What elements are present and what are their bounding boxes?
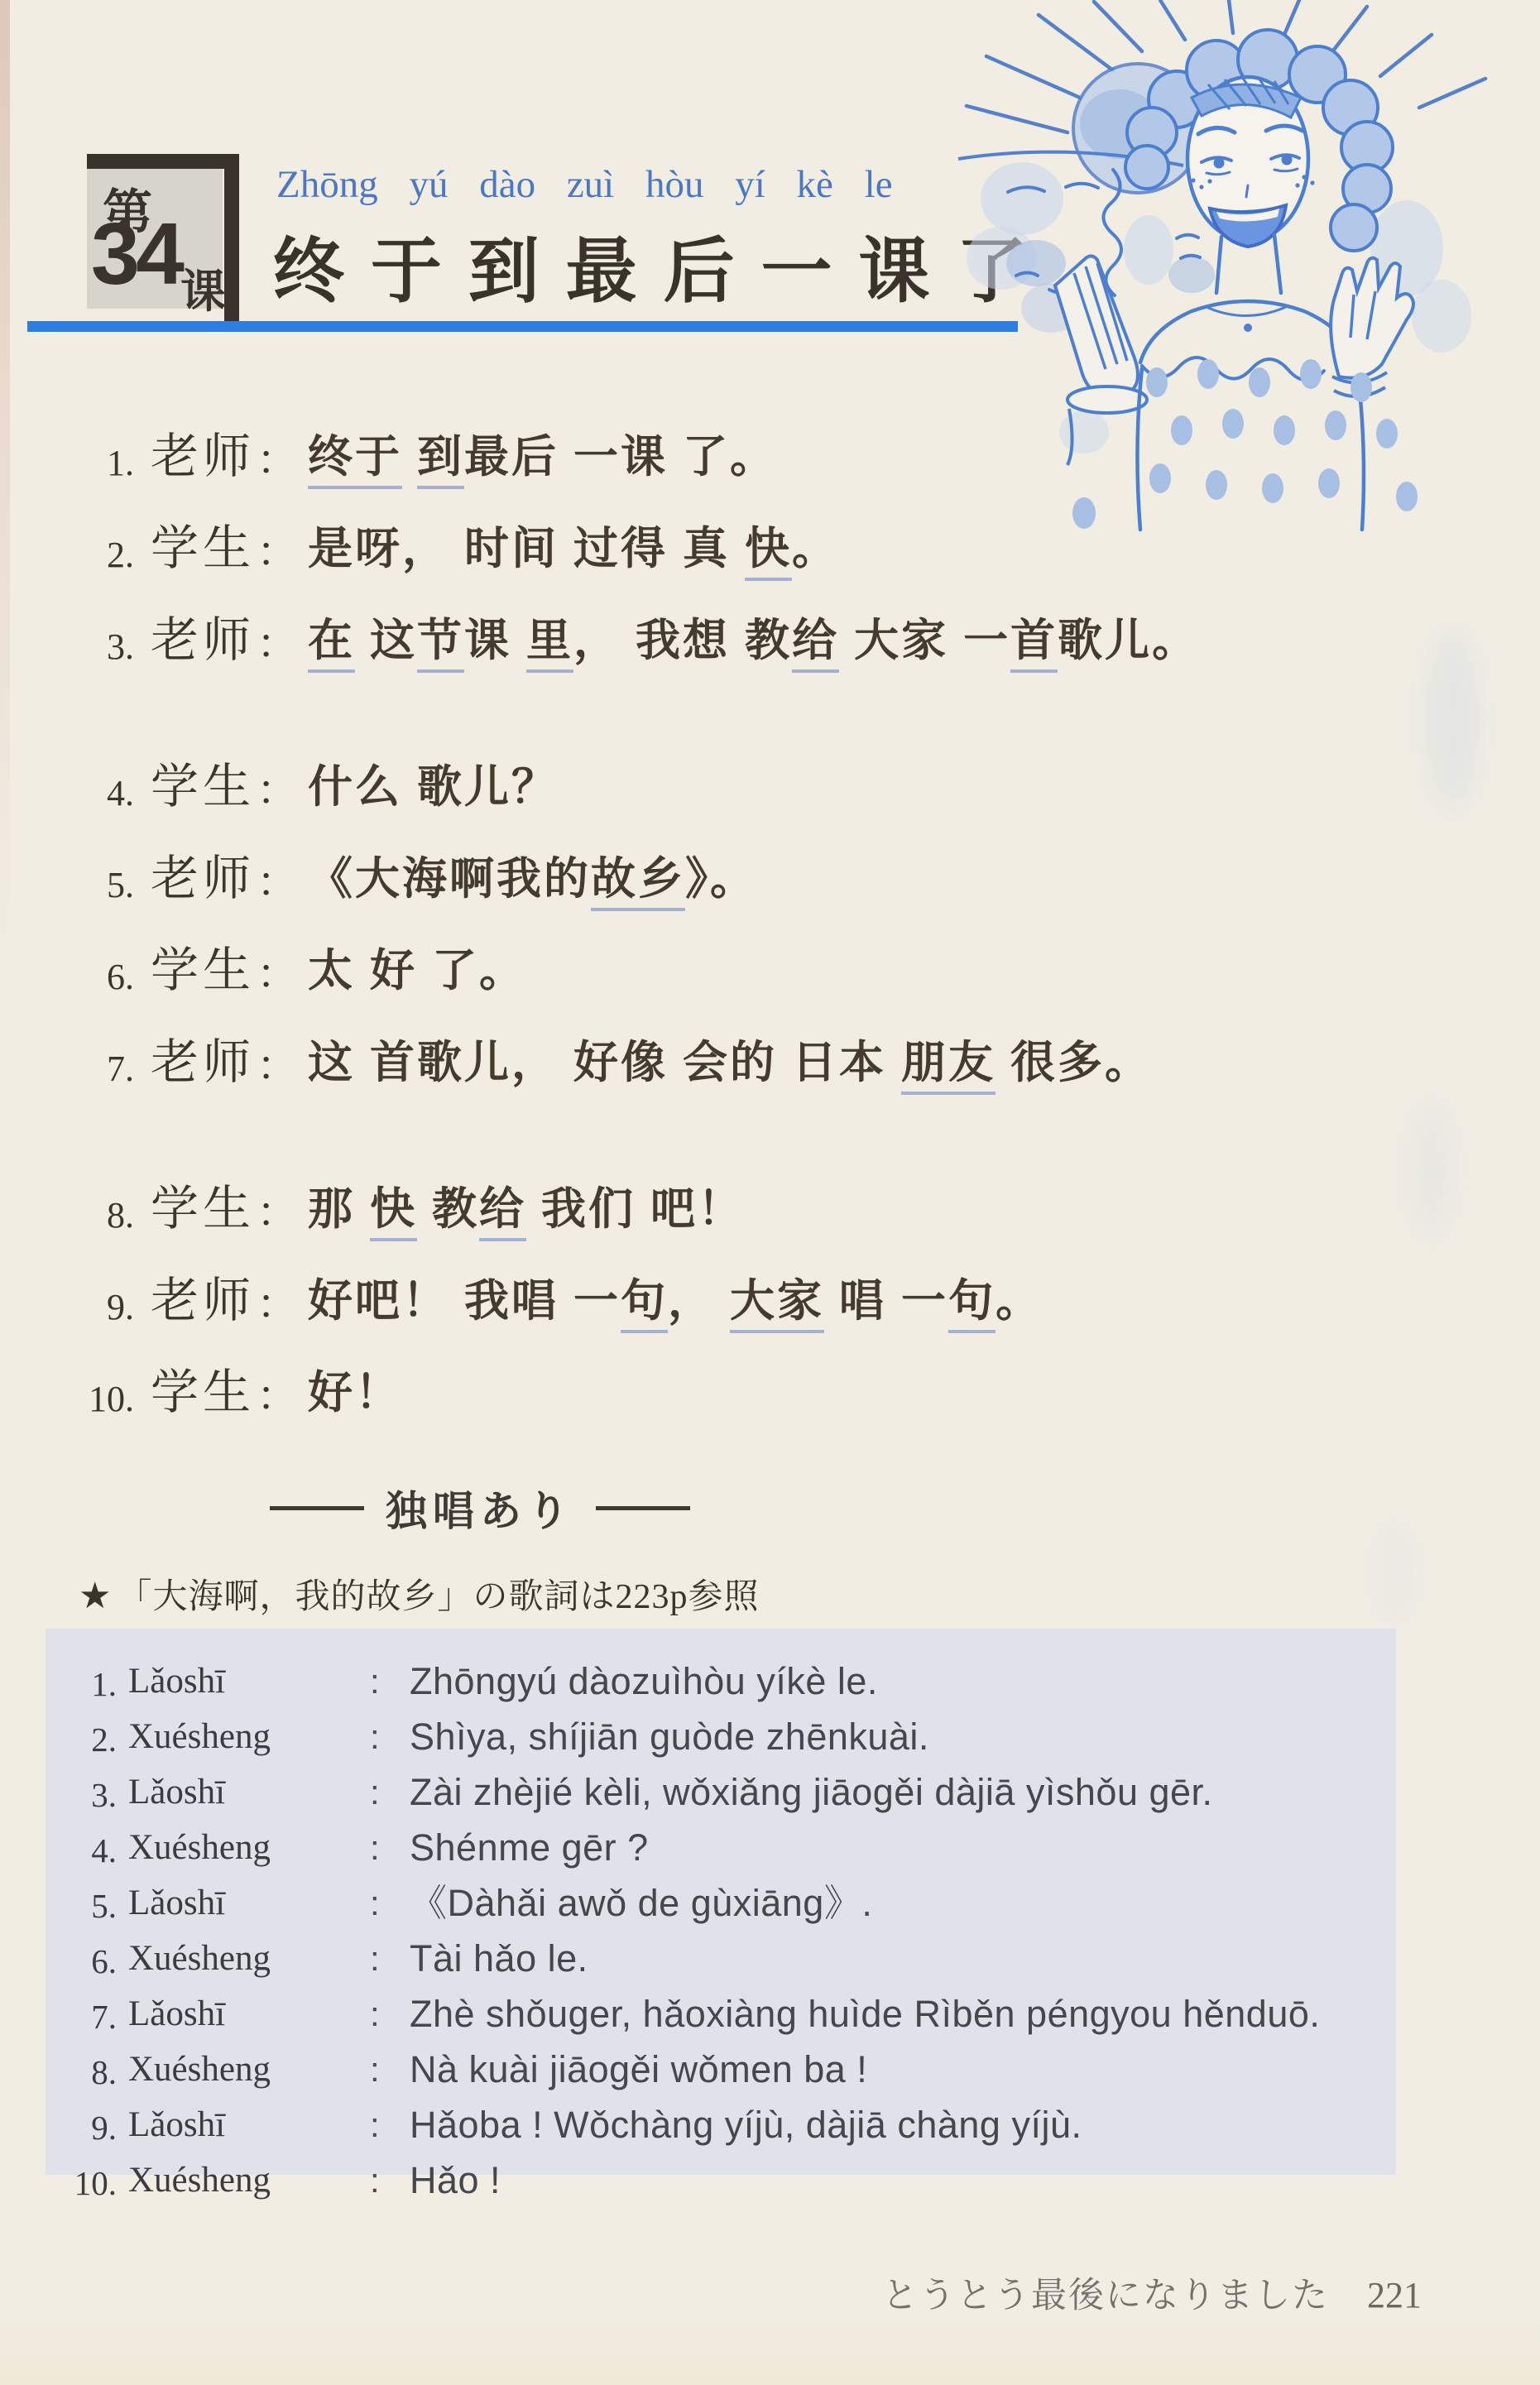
pinyin-line: 10.Xuésheng:Hǎo !	[46, 2161, 1396, 2203]
dialogue-text: 《大海啊我的故乡》。	[308, 852, 757, 905]
line-number: 3.	[73, 614, 134, 674]
speaker-label: 学生	[151, 944, 255, 997]
pinyin-line-number: 10.	[46, 2161, 117, 2203]
pinyin-text: Hǎo !	[410, 2161, 501, 2200]
dialogue-text: 那 快 教给 我们 吧！	[308, 1183, 745, 1236]
underlined-word: 节	[417, 616, 464, 673]
line-number: 5.	[73, 852, 134, 912]
pinyin-line: 7.Lǎoshī:Zhè shǒuger, hǎoxiàng huìde Rìb…	[46, 1994, 1396, 2037]
pinyin-colon: :	[370, 1773, 410, 1812]
dialogue-line: 4.学生：什么 歌儿？	[73, 761, 1380, 820]
pinyin-speaker-label: Lǎoshī	[128, 2105, 370, 2145]
underlined-word: 故乡	[591, 854, 685, 911]
pinyin-line-number: 2.	[46, 1717, 117, 1759]
underlined-word: 给	[792, 616, 839, 673]
line-number: 6.	[73, 944, 134, 1004]
dialogue-text: 终于 到最后 一课 了。	[308, 430, 777, 483]
line-number: 9.	[73, 1274, 134, 1334]
text-segment: 。	[792, 524, 839, 573]
dialogue-text: 这 首歌儿， 好像 会的 日本 朋友 很多。	[308, 1036, 1152, 1089]
text-segment: 《大海啊我的	[308, 854, 591, 904]
scan-edge-left	[0, 0, 10, 952]
solo-note: 独唱あり	[248, 1478, 712, 1538]
text-segment: 课	[464, 616, 526, 665]
speaker-label: 学生	[151, 761, 255, 813]
text-segment: 这 首歌儿， 好像 会的 日本	[308, 1038, 901, 1087]
pinyin-text: Zài zhèjié kèli, wǒxiǎng jiāogěi dàjiā y…	[410, 1773, 1213, 1812]
header-divider	[27, 321, 1018, 332]
dialogue-line: 9.老师：好吧！ 我唱 一句， 大家 唱 一句。	[73, 1274, 1380, 1334]
pinyin-line: 8.Xuésheng:Nà kuài jiāogěi wǒmen ba !	[46, 2050, 1396, 2092]
text-segment: 。	[995, 1276, 1043, 1326]
text-segment: ， 我想 教	[573, 616, 792, 665]
scan-edge-bottom	[0, 2311, 1540, 2385]
text-segment: 最后 一课 了。	[464, 432, 777, 482]
text-segment: 我们 吧！	[526, 1184, 745, 1234]
dialogue-text: 好！	[308, 1366, 402, 1419]
line-number: 1.	[73, 430, 134, 490]
underlined-word: 快	[370, 1184, 417, 1241]
line-number: 7.	[73, 1036, 134, 1096]
dialogue-text: 好吧！ 我唱 一句， 大家 唱 一句。	[308, 1274, 1043, 1327]
pinyin-line: 9.Lǎoshī:Hǎoba ! Wǒchàng yíjù, dàjiā chà…	[46, 2105, 1396, 2147]
dialogue-list: 1.老师：终于 到最后 一课 了。2.学生：是呀， 时间 过得 真 快。3.老师…	[73, 430, 1380, 1458]
speaker-label: 老师	[151, 430, 255, 483]
speaker-colon: ：	[257, 614, 298, 670]
pinyin-line-number: 8.	[46, 2050, 117, 2092]
pinyin-speaker-label: Xuésheng	[128, 1717, 370, 1757]
pinyin-line-number: 4.	[46, 1828, 117, 1870]
speaker-colon: ：	[257, 1036, 298, 1092]
text-segment: 歌儿。	[1058, 616, 1199, 665]
scan-smudge	[1407, 1101, 1456, 1241]
underlined-word: 首	[1010, 616, 1058, 673]
speaker-colon: ：	[257, 761, 298, 817]
pinyin-colon: :	[370, 1662, 410, 1701]
pinyin-line: 5.Lǎoshī:《Dàhǎi awǒ de gùxiāng》.	[46, 1884, 1396, 1926]
text-segment: 这	[355, 616, 417, 665]
text-segment: 好！	[308, 1368, 402, 1418]
pinyin-speaker-label: Lǎoshī	[128, 1994, 370, 2034]
speaker-label: 学生	[151, 1366, 255, 1419]
speaker-label: 老师	[151, 1274, 255, 1327]
text-segment: ，	[668, 1276, 730, 1326]
pinyin-colon: :	[370, 1717, 410, 1757]
text-segment	[402, 432, 417, 482]
pinyin-speaker-label: Lǎoshī	[128, 1884, 370, 1923]
speaker-colon: ：	[257, 944, 298, 1001]
pinyin-speaker-label: Xuésheng	[128, 1828, 370, 1868]
pinyin-colon: :	[370, 1884, 410, 1923]
pinyin-line-number: 5.	[46, 1884, 117, 1926]
text-segment: 那	[308, 1184, 370, 1234]
dialogue-line: 6.学生：太 好 了。	[73, 944, 1380, 1004]
pinyin-speaker-label: Xuésheng	[128, 1939, 370, 1979]
pinyin-colon: :	[370, 2105, 410, 2145]
pinyin-colon: :	[370, 2161, 410, 2200]
text-segment: 大家 一	[839, 616, 1010, 665]
text-segment: 好吧！ 我唱 一	[308, 1276, 621, 1326]
underlined-word: 到	[417, 432, 464, 489]
pinyin-text: Tài hǎo le.	[410, 1939, 588, 1979]
pinyin-line: 1.Lǎoshī:Zhōngyú dàozuìhòu yíkè le.	[46, 1662, 1396, 1704]
lesson-number: 34	[91, 204, 180, 305]
pinyin-line: 3.Lǎoshī:Zài zhèjié kèli, wǒxiǎng jiāogě…	[46, 1773, 1396, 1815]
line-number: 4.	[73, 761, 134, 820]
underlined-word: 句	[621, 1276, 668, 1333]
speaker-colon: ：	[257, 1274, 298, 1331]
solo-note-label: 独唱あり	[386, 1478, 574, 1538]
text-segment: 唱 一	[824, 1276, 948, 1326]
pinyin-line-number: 9.	[46, 2105, 117, 2147]
pinyin-speaker-label: Lǎoshī	[128, 1773, 370, 1812]
line-number: 8.	[73, 1183, 134, 1242]
pinyin-speaker-label: Xuésheng	[128, 2161, 370, 2200]
text-segment: 很多。	[995, 1038, 1152, 1087]
line-number: 10.	[73, 1366, 134, 1426]
pinyin-text: Zhè shǒuger, hǎoxiàng huìde Rìběn péngyo…	[410, 1994, 1320, 2034]
pinyin-colon: :	[370, 1939, 410, 1979]
star-icon: ★	[79, 1576, 112, 1616]
underlined-word: 句	[948, 1276, 995, 1333]
pinyin-text: Shìya, shíjiān guòde zhēnkuài.	[410, 1717, 929, 1757]
dialogue-line: 1.老师：终于 到最后 一课 了。	[73, 430, 1380, 490]
dialogue-line: 7.老师：这 首歌儿， 好像 会的 日本 朋友 很多。	[73, 1036, 1380, 1096]
speaker-colon: ：	[257, 522, 298, 578]
text-segment: 什么 歌儿？	[308, 762, 559, 812]
text-segment: 教	[417, 1184, 479, 1234]
pinyin-line-number: 6.	[46, 1939, 117, 1981]
pinyin-line: 4.Xuésheng:Shénme gēr ?	[46, 1828, 1396, 1870]
speaker-colon: ：	[257, 430, 298, 487]
underlined-word: 里	[526, 616, 573, 673]
dialogue-text: 是呀， 时间 过得 真 快。	[308, 522, 839, 575]
text-segment: 是呀， 时间 过得 真	[308, 524, 745, 573]
dash-line	[596, 1506, 690, 1510]
page-title: 终 于 到 最 后 一 课 了	[273, 214, 1030, 316]
speaker-label: 学生	[151, 522, 255, 575]
pinyin-colon: :	[370, 1994, 410, 2034]
pinyin-line-number: 3.	[46, 1773, 117, 1815]
pinyin-panel: 1.Lǎoshī:Zhōngyú dàozuìhòu yíkè le.2.Xué…	[46, 1629, 1396, 2175]
lesson-title-pinyin: Zhōng yú dào zuì hòu yí kè le	[276, 162, 893, 207]
text-segment: 太 好 了。	[308, 946, 526, 996]
underlined-word: 朋友	[901, 1038, 995, 1095]
scan-smudge	[1374, 1523, 1415, 1622]
line-number: 2.	[73, 522, 134, 582]
dialogue-line: 2.学生：是呀， 时间 过得 真 快。	[73, 522, 1380, 582]
pinyin-text: Nà kuài jiāogěi wǒmen ba !	[410, 2050, 867, 2090]
pinyin-colon: :	[370, 2050, 410, 2090]
pinyin-line: 2.Xuésheng:Shìya, shíjiān guòde zhēnkuài…	[46, 1717, 1396, 1759]
pinyin-text: 《Dàhǎi awǒ de gùxiāng》.	[410, 1884, 872, 1923]
reference-note: ★「大海啊，我的故乡」の歌詞は223p参照	[79, 1569, 759, 1619]
speaker-colon: ：	[257, 1183, 298, 1239]
dialogue-text: 太 好 了。	[308, 944, 526, 997]
lesson-suffix: 课	[180, 255, 226, 320]
pinyin-speaker-label: Xuésheng	[128, 2050, 370, 2090]
underlined-word: 快	[745, 524, 792, 581]
speaker-colon: ：	[257, 1366, 298, 1423]
dash-line	[270, 1506, 364, 1510]
lesson-box-right-border	[224, 154, 239, 327]
speaker-label: 老师	[151, 1036, 255, 1089]
lesson-box-top-border	[87, 154, 239, 169]
pinyin-colon: :	[370, 1828, 410, 1868]
pinyin-text: Hǎoba ! Wǒchàng yíjù, dàjiā chàng yíjù.	[410, 2105, 1082, 2145]
pinyin-line-number: 7.	[46, 1994, 117, 2037]
speaker-label: 老师	[151, 852, 255, 905]
pinyin-line-number: 1.	[46, 1662, 117, 1704]
reference-note-text: 「大海啊，我的故乡」の歌詞は223p参照	[117, 1578, 759, 1616]
dialogue-line: 10.学生：好！	[73, 1366, 1380, 1426]
underlined-word: 终于	[308, 432, 402, 489]
pinyin-text: Zhōngyú dàozuìhòu yíkè le.	[410, 1662, 878, 1701]
dialogue-text: 在 这节课 里， 我想 教给 大家 一首歌儿。	[308, 614, 1199, 667]
speaker-label: 老师	[151, 614, 255, 667]
underlined-word: 给	[479, 1184, 526, 1241]
speaker-colon: ：	[257, 852, 298, 909]
pinyin-line: 6.Xuésheng:Tài hǎo le.	[46, 1939, 1396, 1981]
dialogue-line: 5.老师：《大海啊我的故乡》。	[73, 852, 1380, 912]
text-segment: 》。	[685, 854, 757, 904]
underlined-word: 大家	[730, 1276, 824, 1333]
dialogue-text: 什么 歌儿？	[308, 761, 559, 813]
dialogue-line: 3.老师：在 这节课 里， 我想 教给 大家 一首歌儿。	[73, 614, 1380, 674]
speaker-label: 学生	[151, 1183, 255, 1236]
underlined-word: 在	[308, 616, 355, 673]
pinyin-speaker-label: Lǎoshī	[128, 1662, 370, 1701]
dialogue-line: 8.学生：那 快 教给 我们 吧！	[73, 1183, 1380, 1242]
scan-smudge	[1423, 629, 1481, 811]
pinyin-text: Shénme gēr ?	[410, 1828, 649, 1868]
